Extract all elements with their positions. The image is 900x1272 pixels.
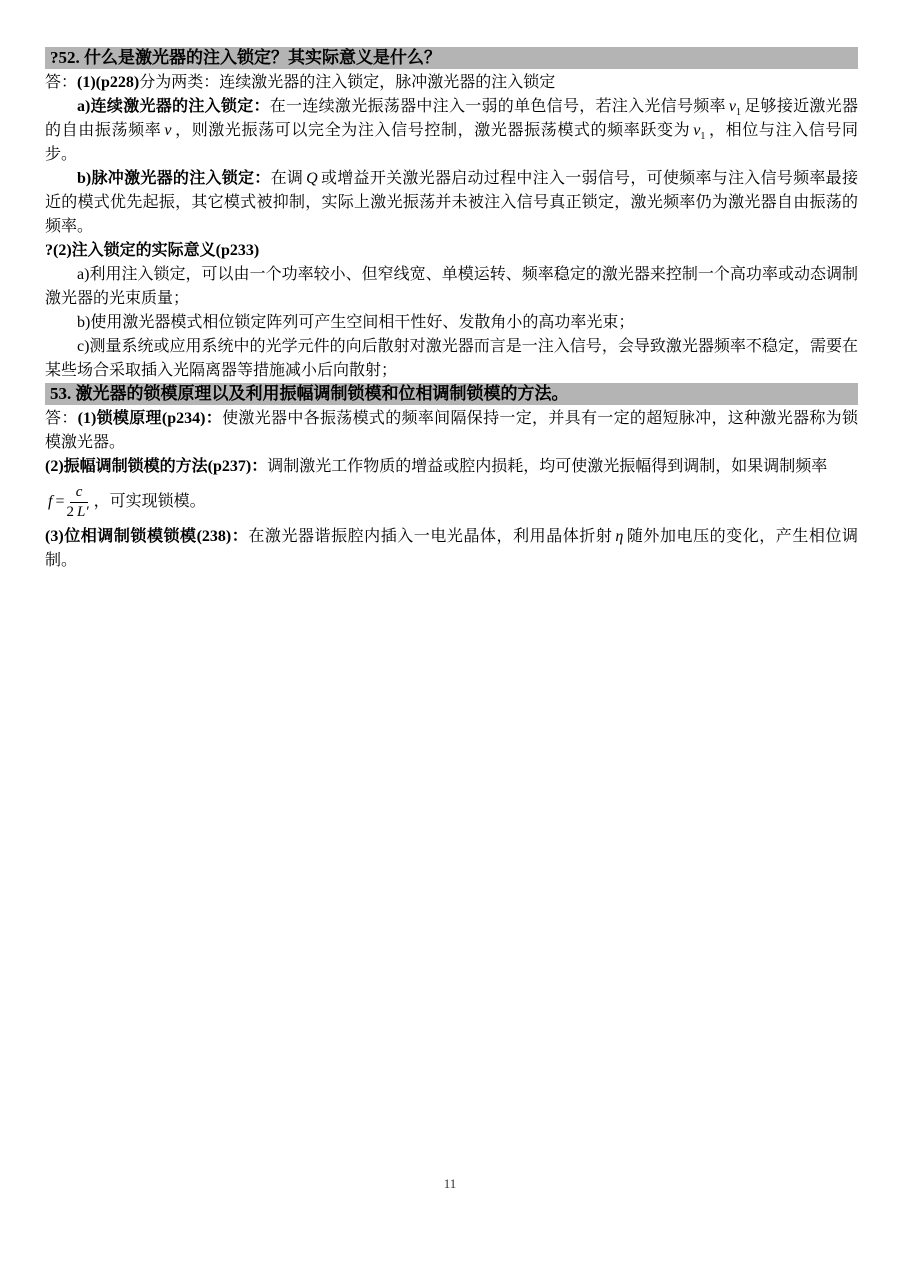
q52-cw-text-3: ，则激光振荡可以完全为注入信号控制，激光器振荡模式的频率跃变为 <box>174 122 690 139</box>
question-53-section: 53. 激光器的锁模原理以及利用振幅调制锁模和位相调制锁模的方法。 答：(1)锁… <box>45 383 858 573</box>
q53-formula-line: f = c 2L′ ，可实现锁模。 <box>45 479 858 525</box>
denominator-variable: L′ <box>74 504 92 520</box>
q52-intro-text: 分为两类：连续激光器的注入锁定，脉冲激光器的注入锁定 <box>139 74 555 91</box>
denominator-coefficient: 2 <box>66 504 74 520</box>
formula-tail-text: ，可实现锁模。 <box>94 490 206 514</box>
q52-pulse-paragraph: b)脉冲激光器的注入锁定：在调Q或增益开关激光器启动过程中注入一弱信号，可使频率… <box>45 167 858 239</box>
question-52-section: ?52. 什么是激光器的注入锁定？其实际意义是什么？ 答：(1)(p228)分为… <box>45 47 858 383</box>
q52-intro-paragraph: 答：(1)(p228)分为两类：连续激光器的注入锁定，脉冲激光器的注入锁定 <box>45 71 858 95</box>
formula-lhs: f <box>45 490 55 514</box>
q52-pulse-text-1: 在调 <box>271 170 304 187</box>
q52-meaning-item-c: c)测量系统或应用系统中的光学元件的向后散射对激光器而言是一注入信号，会导致激光… <box>45 335 858 383</box>
nu-symbol: ν <box>161 122 174 139</box>
q52-meaning-heading: ?(2)注入锁定的实际意义(p233) <box>45 239 858 263</box>
q52-cw-lead: a)连续激光器的注入锁定： <box>77 98 270 115</box>
document-page: ?52. 什么是激光器的注入锁定？其实际意义是什么？ 答：(1)(p228)分为… <box>0 0 900 1272</box>
q53-am-text: 调制激光工作物质的增益或腔内损耗，均可使激光振幅得到调制，如果调制频率 <box>267 458 827 475</box>
eta-symbol: η <box>612 528 626 545</box>
q52-cw-paragraph: a)连续激光器的注入锁定：在一连续激光振荡器中注入一弱的单色信号，若注入光信号频… <box>45 95 858 167</box>
q53-pm-text-1: 在激光器谐振腔内插入一电光晶体，利用晶体折射 <box>248 528 612 545</box>
answer-prefix-53: 答： <box>45 410 78 427</box>
q52-heading-bar: ?52. 什么是激光器的注入锁定？其实际意义是什么？ <box>45 47 858 69</box>
nu-subscript-2: 1 <box>700 131 705 142</box>
q52-meaning-item-a: a)利用注入锁定，可以由一个功率较小、但窄线宽、单模运转、频率稳定的激光器来控制… <box>45 263 858 311</box>
q53-am-lead: (2)振幅调制锁模的方法(p237)： <box>45 458 267 475</box>
q53-pm-paragraph: (3)位相调制锁模锁模(238)：在激光器谐振腔内插入一电光晶体，利用晶体折射η… <box>45 525 858 573</box>
nu1-symbol-2: ν1 <box>690 122 708 139</box>
q-factor-symbol: Q <box>303 170 321 187</box>
q53-principle-paragraph: 答：(1)锁模原理(p234)：使激光器中各振荡模式的频率间隔保持一定，并具有一… <box>45 407 858 455</box>
nu1-symbol: ν1 <box>726 98 744 115</box>
page-number: 11 <box>0 1176 900 1192</box>
answer-prefix: 答： <box>45 74 77 91</box>
q53-heading-text: 53. 激光器的锁模原理以及利用振幅调制锁模和位相调制锁模的方法。 <box>50 384 569 403</box>
formula-equals: = <box>55 490 64 514</box>
q53-principle-lead: (1)锁模原理(p234)： <box>78 410 222 427</box>
q53-pm-lead: (3)位相调制锁模锁模(238)： <box>45 528 248 545</box>
q52-heading-text: ?52. 什么是激光器的注入锁定？其实际意义是什么？ <box>50 48 441 67</box>
formula-fraction: c 2L′ <box>66 484 91 521</box>
page-content: ?52. 什么是激光器的注入锁定？其实际意义是什么？ 答：(1)(p228)分为… <box>45 47 858 573</box>
q52-cw-text-1: 在一连续激光振荡器中注入一弱的单色信号，若注入光信号频率 <box>270 98 726 115</box>
q52-meaning-item-b: b)使用激光器模式相位锁定阵列可产生空间相干性好、发散角小的高功率光束； <box>45 311 858 335</box>
nu-subscript: 1 <box>736 107 741 118</box>
q53-am-paragraph: (2)振幅调制锁模的方法(p237)：调制激光工作物质的增益或腔内损耗，均可使激… <box>45 455 858 479</box>
nu-base: ν <box>729 98 736 115</box>
fraction-denominator: 2L′ <box>66 503 91 521</box>
fraction-numerator: c <box>70 484 89 503</box>
q52-intro-ref: (1)(p228) <box>77 74 139 91</box>
q52-pulse-lead: b)脉冲激光器的注入锁定： <box>77 170 271 187</box>
q53-heading-bar: 53. 激光器的锁模原理以及利用振幅调制锁模和位相调制锁模的方法。 <box>45 383 858 405</box>
